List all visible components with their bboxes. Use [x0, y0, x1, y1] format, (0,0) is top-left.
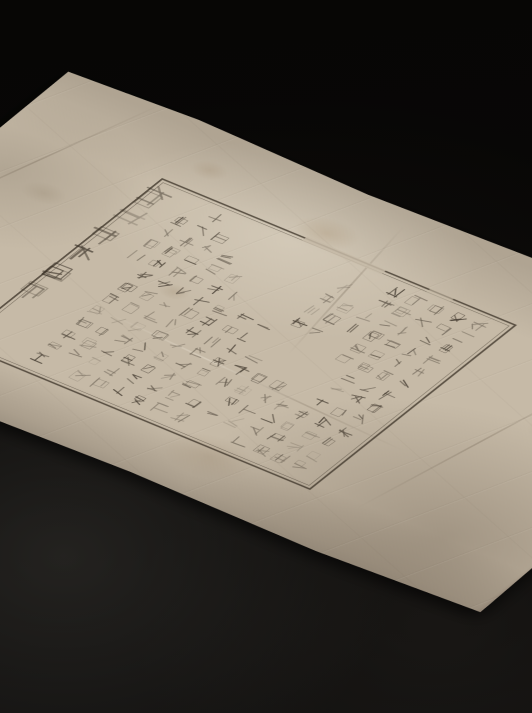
paper-surface: [0, 65, 532, 619]
museum-photograph: 起初熱驚丸方: [0, 0, 532, 713]
paper-sheet: [0, 65, 532, 619]
